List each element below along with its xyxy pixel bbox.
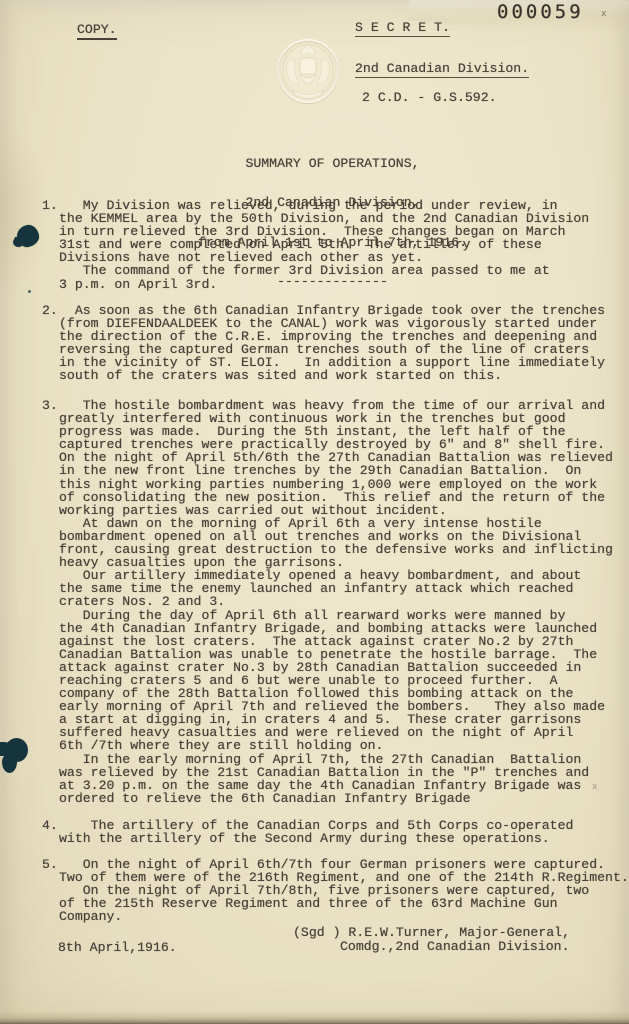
paragraph-5-text: On the night of April 6th/7th four Germa… (59, 858, 629, 923)
paragraph-5-number: 5. (42, 858, 58, 871)
paragraph-4-text: The artillery of the Canadian Corps and … (59, 819, 573, 845)
paper-bottom-edge (0, 1012, 629, 1024)
paragraph-4: 4. The artillery of the Canadian Corps a… (42, 819, 573, 845)
title-line-1: SUMMARY OF OPERATIONS, (160, 157, 505, 170)
reference-number: 2 C.D. - G.S.592. (362, 91, 497, 104)
paragraph-5: 5. On the night of April 6th/7th four Ge… (42, 858, 629, 923)
paragraph-4-number: 4. (42, 819, 58, 832)
document-date: 8th April,1916. (58, 941, 177, 954)
paragraph-2-text: As soon as the 6th Canadian Infantry Bri… (59, 304, 605, 383)
document-page: 000059 x COPY. S E C R E T. 2nd Canadian… (0, 0, 629, 1024)
royal-crest-embossed-seal (275, 38, 341, 106)
paragraph-2: 2. As soon as the 6th Canadian Infantry … (42, 304, 605, 383)
signature-line-1: (Sgd ) R.E.W.Turner, Major-General, (293, 926, 570, 939)
paragraph-2-number: 2. (42, 304, 58, 317)
pencil-x-mark-2: x (592, 782, 597, 792)
paragraph-1-number: 1. (42, 199, 58, 212)
stamp-serial-number: 000059 (497, 1, 584, 23)
copy-label: COPY. (77, 23, 117, 36)
signature-line-2: Comdg.,2nd Canadian Division. (340, 940, 570, 953)
division-heading: 2nd Canadian Division. (355, 62, 529, 75)
pencil-x-mark: x (601, 9, 606, 19)
ink-dot (28, 290, 31, 293)
paragraph-1-text: My Division was relieved, during the per… (59, 199, 589, 291)
paragraph-3: 3. The hostile bombardment was heavy fro… (42, 399, 613, 805)
secret-label: S E C R E T. (355, 21, 450, 34)
paragraph-1: 1. My Division was relieved, during the … (42, 199, 589, 291)
paragraph-3-text: The hostile bombardment was heavy from t… (59, 399, 613, 805)
ink-blot-2-drip (2, 754, 17, 773)
paragraph-3-number: 3. (42, 399, 58, 412)
